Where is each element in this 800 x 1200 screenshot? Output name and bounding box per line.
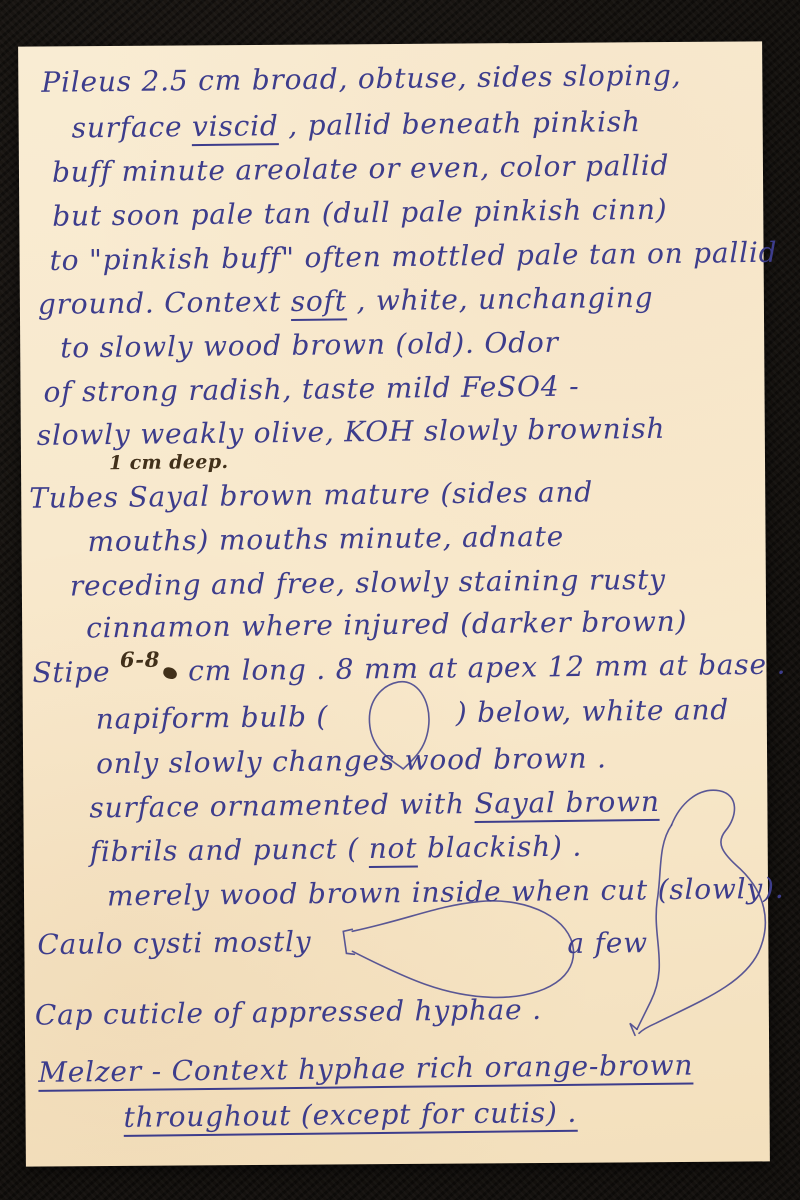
note-text-segment: blackish) .: [417, 830, 582, 865]
note-paper: Pileus 2.5 cm broad, obtuse, sides slopi…: [18, 41, 770, 1166]
note-line: Caulo cysti mostly: [37, 925, 311, 961]
note-text-segment: , pallid beneath pinkish: [278, 105, 641, 142]
note-line: surface ornamented with Sayal brown: [89, 785, 660, 824]
note-text-segment: fibrils and punct (: [90, 832, 369, 868]
note-text-segment: only slowly changes wood brown .: [96, 741, 607, 780]
note-line: throughout (except for cutis) .: [123, 1096, 577, 1134]
photo-background: { "meta": { "description": "Handwritten …: [0, 0, 800, 1200]
note-line: receding and free, slowly staining rusty: [70, 563, 666, 603]
note-line: Melzer - Context hyphae rich orange-brow…: [38, 1048, 693, 1088]
note-text-segment: Melzer - Context hyphae rich orange-brow…: [38, 1048, 693, 1091]
note-text-segment: receding and free, slowly staining rusty: [70, 563, 666, 603]
note-text-segment: surface: [71, 110, 192, 144]
napiform-bulb-sketch: [353, 676, 446, 777]
note-text-segment: throughout (except for cutis) .: [123, 1096, 577, 1137]
note-text-segment: cm long . 8 mm at apex 12 mm at base .: [178, 648, 786, 688]
note-text-segment: surface ornamented with: [89, 787, 474, 824]
note-line: cinnamon where injured (darker brown): [86, 605, 687, 645]
note-line: napiform bulb (: [96, 700, 329, 736]
note-text-segment: buff minute areolate or even, color pall…: [52, 149, 670, 189]
note-line: fibrils and punct ( not blackish) .: [90, 830, 583, 869]
note-line: of strong radish, taste mild FeSO4 -: [43, 370, 579, 409]
note-text-segment: to slowly wood brown (old). Odor: [60, 326, 559, 365]
note-text-segment: napiform bulb (: [96, 700, 329, 736]
clavate-caulocystidium-sketch: [340, 892, 581, 1006]
note-line: to slowly wood brown (old). Odor: [60, 326, 559, 365]
note-text-segment: mouths) mouths minute, adnate: [87, 520, 564, 558]
note-text-segment: viscid: [192, 109, 279, 146]
note-line: surface viscid , pallid beneath pinkish: [71, 105, 640, 144]
note-line: ) below, white and: [456, 693, 730, 729]
note-text-segment: Caulo cysti mostly: [37, 925, 311, 961]
note-text-segment: soft: [291, 284, 347, 321]
note-line: buff minute areolate or even, color pall…: [52, 149, 670, 189]
note-text-segment: but soon pale tan (dull pale pinkish cin…: [52, 193, 667, 233]
note-line: to "pinkish buff" often mottled pale tan…: [49, 236, 777, 277]
note-text-segment: not: [369, 831, 418, 868]
note-line: Tubes Sayal brown mature (sides and: [29, 475, 593, 514]
ink-blot: [162, 666, 179, 681]
note-text-segment: cinnamon where injured (darker brown): [86, 605, 687, 645]
note-text-segment: of strong radish, taste mild FeSO4 -: [43, 370, 579, 409]
note-line: but soon pale tan (dull pale pinkish cin…: [52, 193, 667, 233]
note-line: mouths) mouths minute, adnate: [87, 520, 564, 558]
note-text-segment: ground. Context: [38, 285, 291, 321]
fusoid-ventricose-caulocystidium-sketch: [609, 782, 796, 1038]
handwriting-layer: Pileus 2.5 cm broad, obtuse, sides slopi…: [18, 41, 762, 46]
note-line: slowly weakly olive, KOH slowly brownish: [37, 412, 666, 452]
note-text-segment: Pileus 2.5 cm broad, obtuse, sides slopi…: [41, 59, 681, 99]
note-text-segment: to "pinkish buff" often mottled pale tan…: [49, 236, 777, 277]
note-text-segment: , white, unchanging: [347, 281, 654, 317]
note-line: only slowly changes wood brown .: [96, 741, 607, 780]
note-text-segment: 1 cm deep.: [109, 451, 229, 474]
note-line: Pileus 2.5 cm broad, obtuse, sides slopi…: [41, 59, 681, 99]
note-text-segment: slowly weakly olive, KOH slowly brownish: [37, 412, 666, 452]
note-text-segment: Stipe: [32, 655, 120, 689]
note-text-segment: ) below, white and: [456, 693, 730, 729]
note-text-segment: Tubes Sayal brown mature (sides and: [29, 475, 593, 514]
note-line: ground. Context soft , white, unchanging: [38, 281, 654, 321]
note-text-segment: 6-8: [120, 647, 161, 672]
note-line: 1 cm deep.: [109, 451, 229, 474]
